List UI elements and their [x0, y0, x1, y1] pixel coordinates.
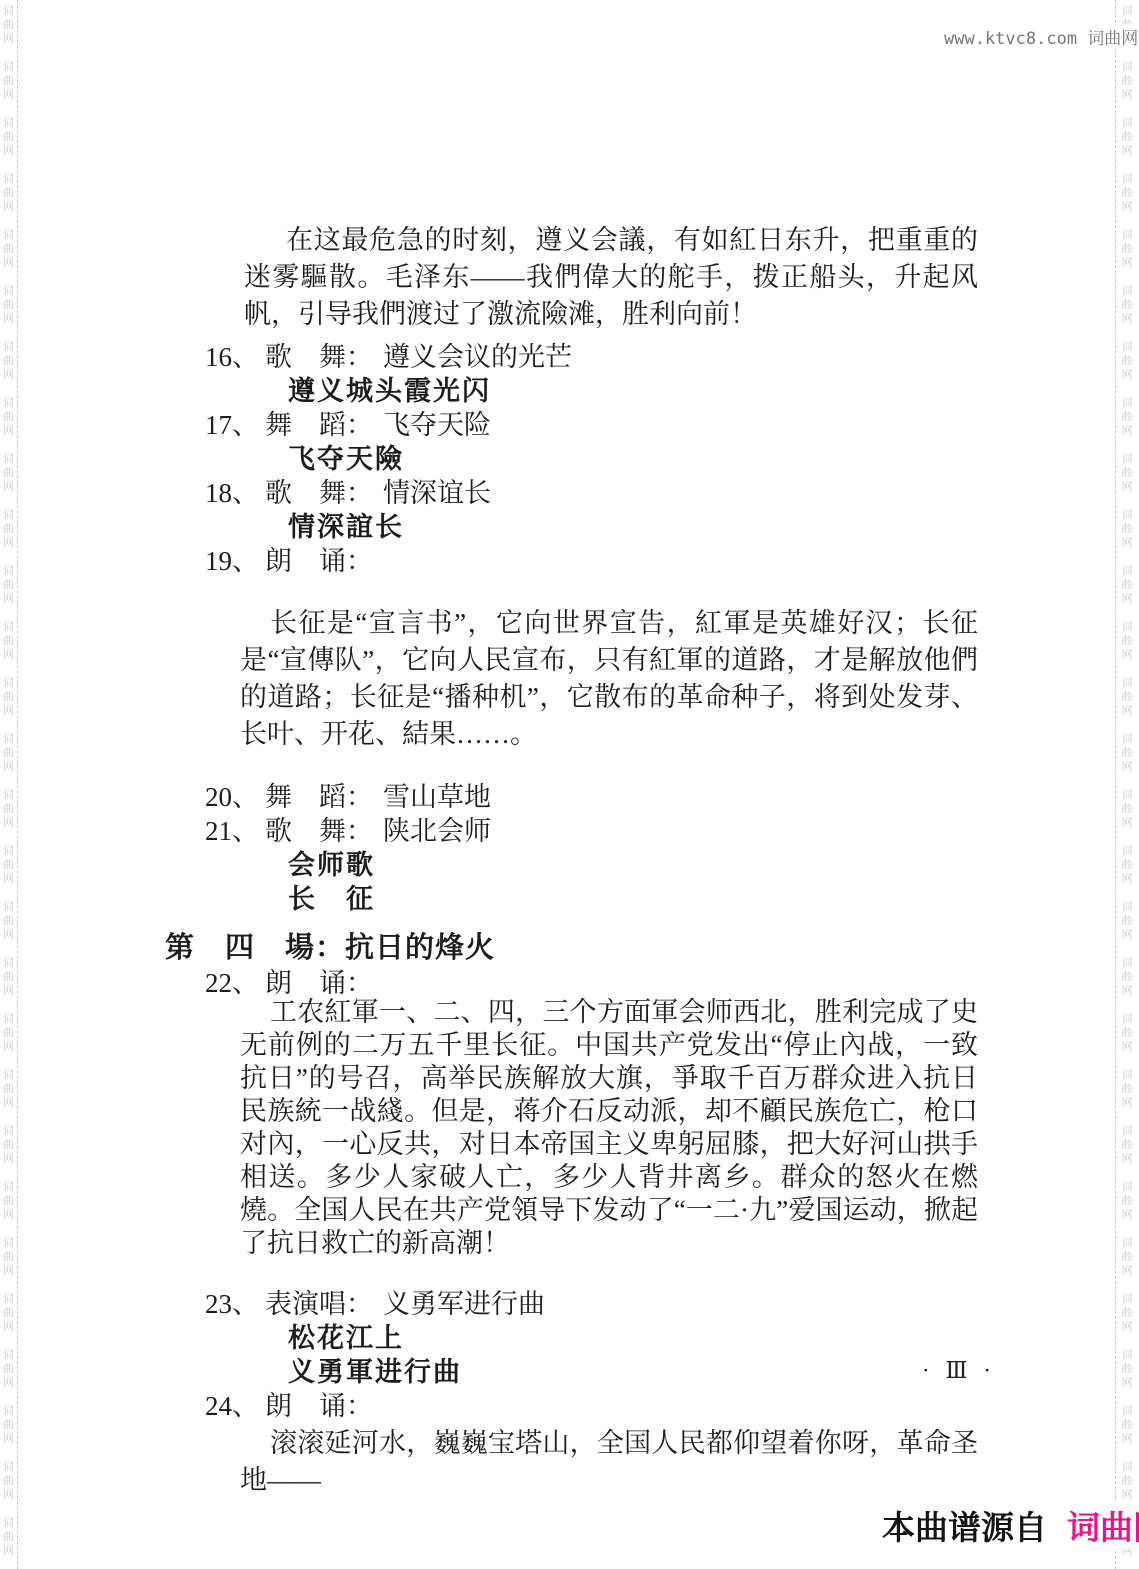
document-page: 在这最危急的时刻，遵义会議，有如紅日东升，把重重的迷雾驅散。毛泽东——我們偉大的…: [0, 0, 1139, 1526]
item-title: 遵义会议的光芒: [383, 342, 572, 372]
bottom-watermark-text: 本曲谱源自: [882, 1509, 1047, 1546]
page-number: · Ⅲ ·: [922, 1358, 996, 1384]
item-type-label: 歌 舞：: [265, 478, 373, 508]
song-title: 松花江上: [288, 1321, 1139, 1355]
item-number: 18、: [205, 478, 259, 508]
item-title: 飞夺天险: [383, 410, 491, 440]
item-title: 义勇军进行曲: [383, 1289, 545, 1319]
item-type-label: 歌 舞：: [265, 342, 373, 372]
recitation-paragraph-24: 滚滚延河水，巍巍宝塔山，全国人民都仰望着你呀，革命圣地——: [240, 1425, 978, 1499]
program-item-21: 21、歌 舞：陕北会师: [205, 814, 1139, 848]
item-number: 24、: [205, 1391, 259, 1421]
song-title: 飞夺天險: [288, 442, 1139, 476]
song-title: 义勇軍进行曲: [288, 1355, 1139, 1389]
item-type-label: 表演唱：: [265, 1289, 373, 1319]
item-type-label: 歌 舞：: [265, 816, 373, 846]
program-item-24: 24、朗 诵：: [205, 1389, 1139, 1423]
item-type-label: 朗 诵：: [265, 1391, 373, 1421]
song-title: 遵义城头霞光闪: [288, 374, 1139, 408]
program-item-18: 18、歌 舞：情深谊长: [205, 476, 1139, 510]
item-type-label: 舞 蹈：: [265, 410, 373, 440]
program-item-19: 19、朗 诵：: [205, 544, 1139, 578]
top-watermark: www.ktvc8.com 词曲网: [944, 24, 1138, 49]
brand-name: 词曲网: [1067, 1509, 1139, 1546]
item-type-label: 舞 蹈：: [265, 782, 373, 812]
intro-paragraph: 在这最危急的时刻，遵义会議，有如紅日东升，把重重的迷雾驅散。毛泽东——我們偉大的…: [244, 222, 978, 333]
item-title: 情深谊长: [383, 478, 491, 508]
item-title: 雪山草地: [383, 782, 491, 812]
program-item-22: 22、朗 诵：: [205, 966, 1139, 1000]
item-title: 陕北会师: [383, 816, 491, 846]
scene-heading: 第 四 場：抗日的烽火: [165, 930, 1139, 966]
program-item-23: 23、表演唱：义勇军进行曲: [205, 1287, 1139, 1321]
bottom-watermark: 本曲谱源自词曲网: [882, 1502, 1139, 1549]
song-title: 会师歌: [288, 848, 1139, 882]
item-number: 16、: [205, 342, 259, 372]
item-number: 22、: [205, 968, 259, 998]
program-item-17: 17、舞 蹈：飞夺天险: [205, 408, 1139, 442]
recitation-paragraph-19: 长征是“宣言书”，它向世界宣告，紅軍是英雄好汉；长征是“宣傳队”，它向人民宣布，…: [240, 605, 978, 753]
item-type-label: 朗 诵：: [265, 968, 373, 998]
item-type-label: 朗 诵：: [265, 546, 373, 576]
item-number: 20、: [205, 782, 259, 812]
item-number: 17、: [205, 410, 259, 440]
program-item-20: 20、舞 蹈：雪山草地: [205, 780, 1139, 814]
item-number: 21、: [205, 816, 259, 846]
item-number: 19、: [205, 546, 259, 576]
recitation-paragraph-22: 工农紅軍一、二、四，三个方面軍会师西北，胜利完成了史无前例的二万五千里长征。中国…: [240, 996, 978, 1260]
program-item-16: 16、歌 舞：遵义会议的光芒: [205, 340, 1139, 374]
song-title: 情深誼长: [288, 510, 1139, 544]
song-title: 长 征: [288, 882, 1139, 916]
item-number: 23、: [205, 1289, 259, 1319]
